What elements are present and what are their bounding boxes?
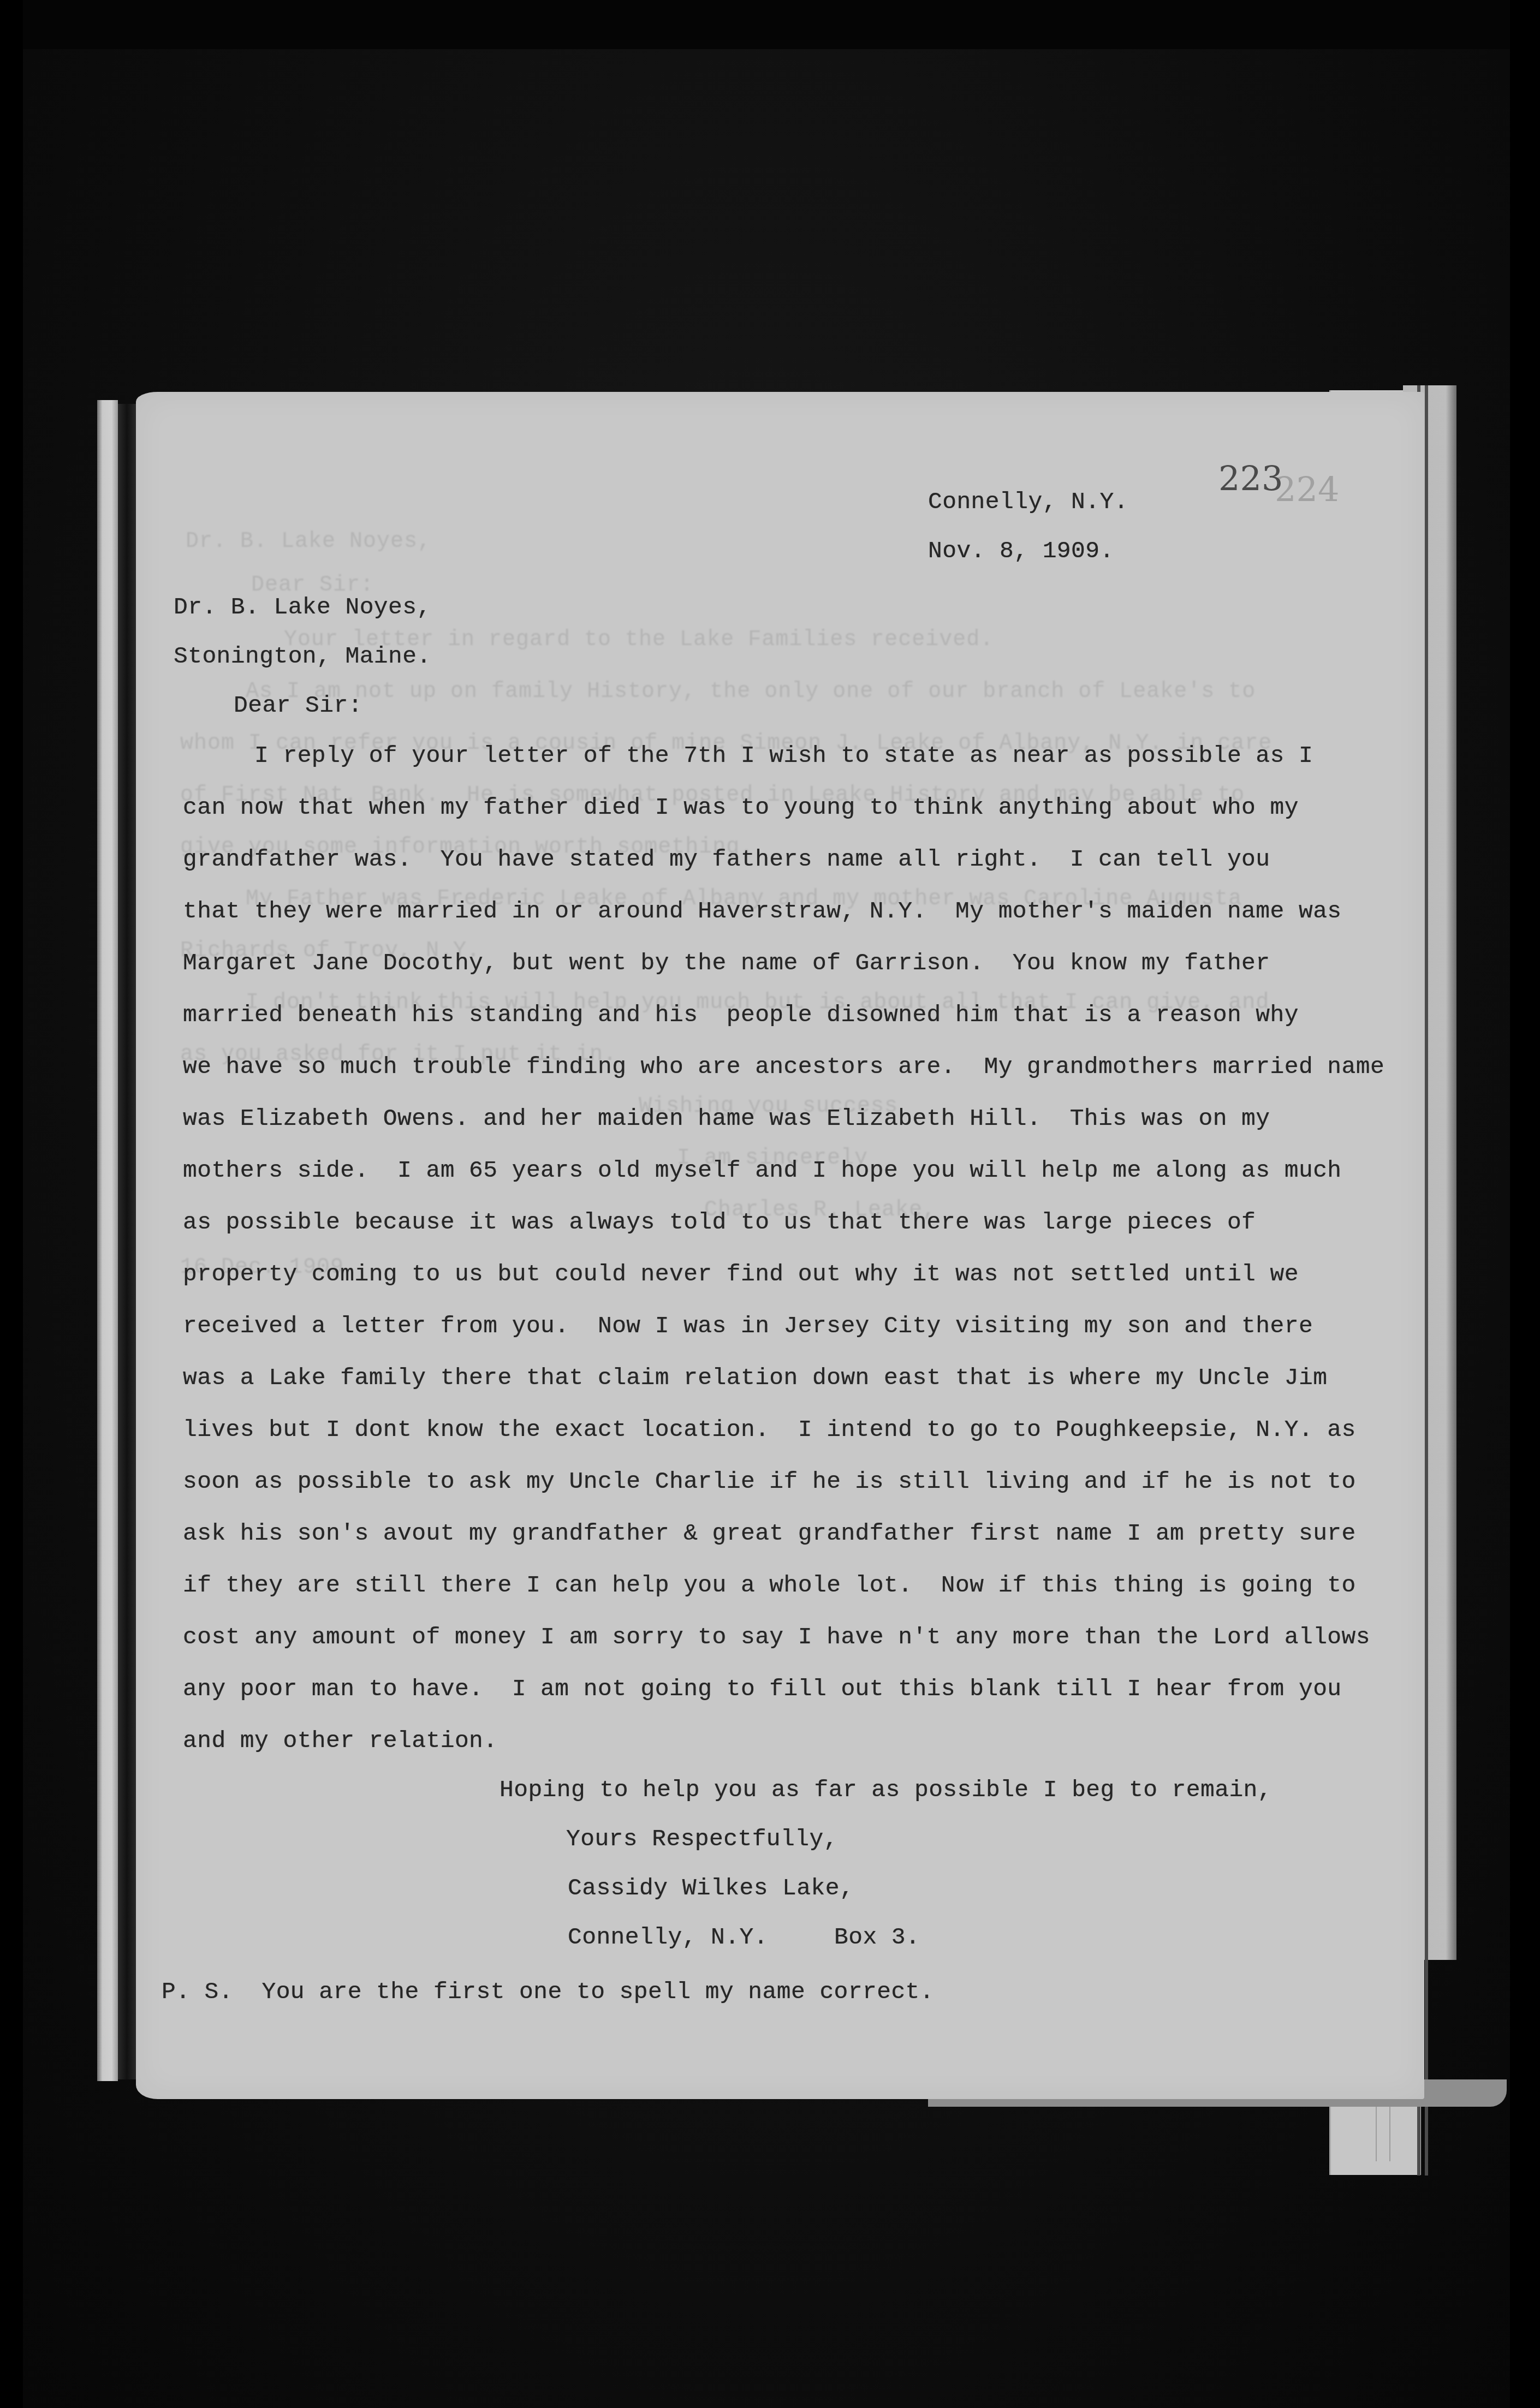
- binding-gap: [118, 404, 136, 2079]
- sender-location: Connelly, N.Y.: [928, 488, 1128, 515]
- recipient-name: Dr. B. Lake Noyes,: [174, 594, 431, 621]
- scan-border-left: [0, 0, 23, 2408]
- body-line: that they were married in or around Have…: [183, 898, 1342, 925]
- scan-border-right: [1510, 0, 1540, 2408]
- binding-strip: [97, 400, 118, 2081]
- body-line: property coming to us but could never fi…: [183, 1261, 1299, 1288]
- bleed-through-line: As I am not up on family History, the on…: [246, 680, 1256, 704]
- body-line: received a letter from you. Now I was in…: [183, 1313, 1313, 1339]
- body-line: Margaret Jane Docothy, but went by the n…: [183, 950, 1270, 976]
- body-line: lives but I dont know the exact location…: [183, 1416, 1356, 1443]
- body-line: was a Lake family there that claim relat…: [183, 1364, 1327, 1391]
- body-line: can now that when my father died I was t…: [183, 794, 1299, 821]
- closing-line: Hoping to help you as far as possible I …: [500, 1777, 1272, 1803]
- valediction: Yours Respectfully,: [566, 1826, 838, 1852]
- recipient-location: Stonington, Maine.: [174, 643, 431, 670]
- body-line: we have so much trouble finding who are …: [183, 1053, 1384, 1080]
- salutation: Dear Sir:: [234, 692, 362, 719]
- body-line: soon as possible to ask my Uncle Charlie…: [183, 1468, 1356, 1495]
- body-line: if they are still there I can help you a…: [183, 1572, 1356, 1599]
- page-stack-rule: [1425, 385, 1428, 2175]
- body-line: any poor man to have. I am not going to …: [183, 1676, 1342, 1702]
- bleed-through-line: Dr. B. Lake Noyes,: [186, 529, 431, 554]
- body-line: was Elizabeth Owens. and her maiden hame…: [183, 1105, 1270, 1132]
- signature-box: Box 3.: [834, 1924, 920, 1951]
- body-line: ask his son's avout my grandfather & gre…: [183, 1520, 1356, 1547]
- postscript: P. S. You are the first one to spell my …: [162, 1978, 934, 2005]
- body-line: and my other relation.: [183, 1727, 498, 1754]
- signature-name: Cassidy Wilkes Lake,: [568, 1875, 854, 1902]
- letter-date: Nov. 8, 1909.: [928, 538, 1114, 564]
- microfilm-top-band: [23, 0, 1510, 49]
- body-line: cost any amount of money I am sorry to s…: [183, 1624, 1370, 1650]
- body-line: grandfather was. You have stated my fath…: [183, 846, 1270, 873]
- body-line: mothers side. I am 65 years old myself a…: [183, 1157, 1342, 1184]
- body-line: I reply of your letter of the 7th I wish…: [183, 742, 1313, 769]
- page-number-stamp-faint: 224: [1275, 469, 1339, 509]
- body-line: as possible because it was always told t…: [183, 1209, 1256, 1236]
- page-number-stamp: 223: [1218, 458, 1283, 498]
- signature-address: Connelly, N.Y.: [568, 1924, 768, 1951]
- body-line: married beneath his standing and his peo…: [183, 1002, 1299, 1028]
